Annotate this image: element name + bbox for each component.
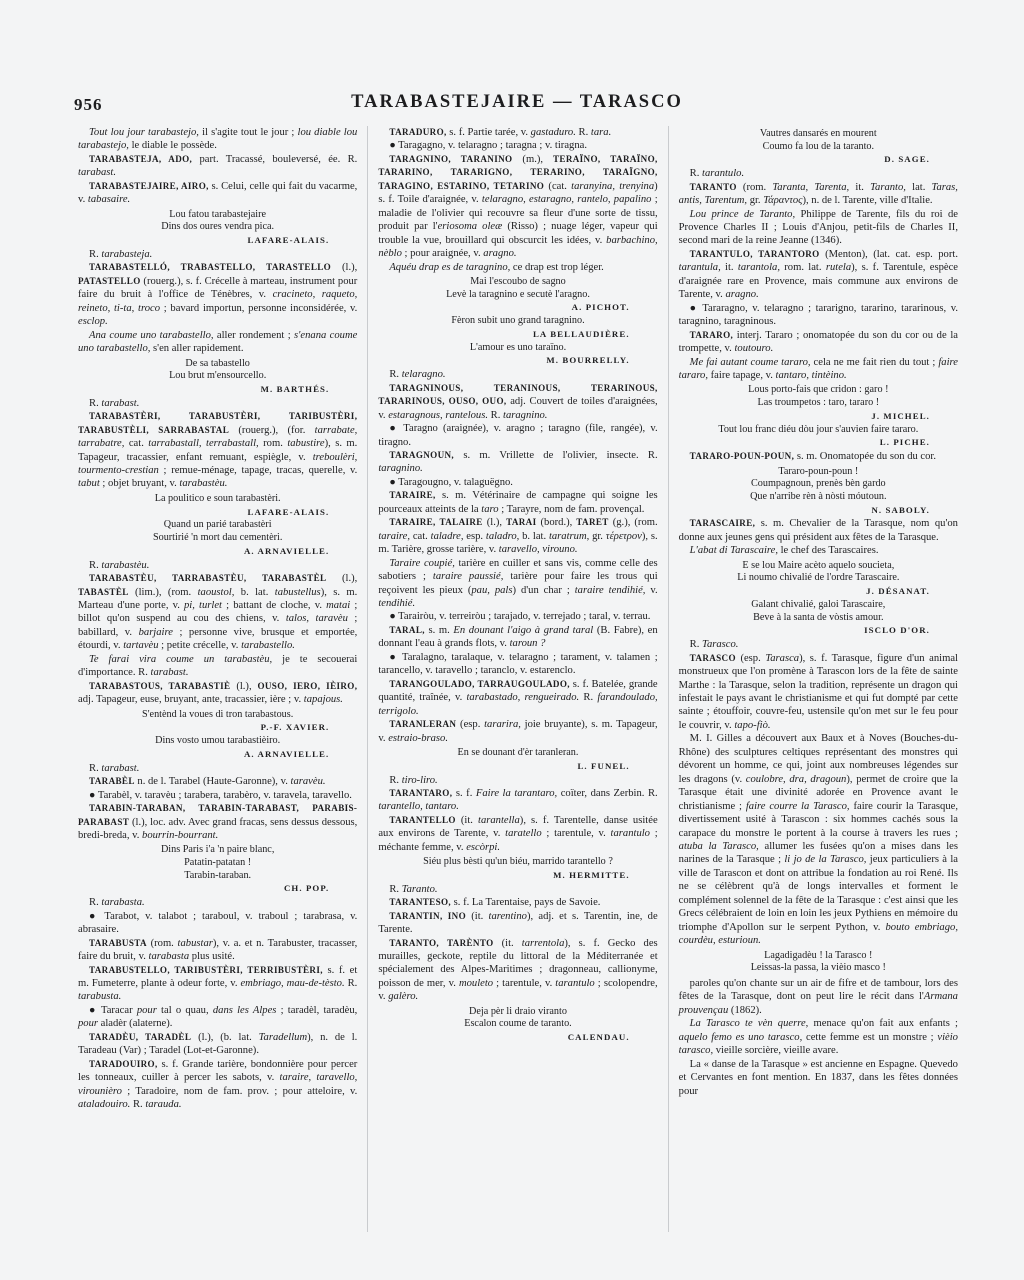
verse-attribution: LAFARE-ALAIS. [78,507,357,518]
verse-attribution: J. MICHEL. [679,411,958,422]
dictionary-paragraph: ● Taragagno, v. telaragno ; taragna ; v.… [378,139,657,152]
text-segment: Me fai autant coume tararo, [690,357,811,368]
dictionary-paragraph: Aquéu drap es de taragnino, ce drap est … [378,261,657,274]
headword: TARAIRE, [389,490,435,500]
verse-quote: De sa tabastelloLou brut m'ensourcello.M… [78,358,357,395]
text-segment: ; taradèl, taradèu, [276,1005,357,1016]
text-segment: cela ne me fait rien du tout ; [811,357,939,368]
text-segment: R. [89,897,101,908]
dictionary-paragraph: TARABASTÈU, TARRABASTÈU, TARABASTÈL (l.)… [78,572,357,653]
text-segment: ● Tarabot, v. talabot ; taraboul, v. tra… [78,911,357,935]
text-segment: tarrabastall, terrabastall, [148,438,258,449]
text-segment: (it. [494,938,522,949]
text-segment: ; tarentule, v. [493,978,555,989]
text-segment: li jo de la Tarasco, [784,854,866,865]
text-segment: il s'agite tout le jour ; [199,127,298,138]
text-segment: tabustire [287,438,324,449]
headword: TARET [576,517,608,527]
text-segment: pour [78,1018,98,1029]
text-segment: coulobre, dra, dragoun [746,774,847,785]
text-segment: tarantella [478,815,520,826]
text-segment: lat. [906,182,932,193]
verse-quote: S'entènd la voues di tron tarabastous.P.… [78,709,357,734]
headword: TARANTO [690,182,737,192]
verse-quote: Lous porto-fais que cridon : garo !Las t… [679,384,958,421]
text-segment: taravello, virouno. [499,544,578,555]
text-segment: tabasaire. [88,194,130,205]
text-segment: tarauda. [145,1099,181,1110]
text-segment: ● Tararagno, v. telaragno ; tararigno, t… [679,303,958,327]
verse-attribution: LA BELLAUDIÈRE. [378,329,657,340]
text-segment: La « danse de la Tarasque » est ancienne… [679,1059,958,1097]
verse-quote: Galant chivalié, galoi Tarascaire,Beve à… [679,599,958,636]
text-segment: ● Taragagno, v. telaragno ; taragna ; v.… [389,140,587,151]
verse-attribution: M. BOURRELLY. [378,355,657,366]
verse-line: Quand un parié tarabastèri [78,519,357,532]
text-segment: ; pour araignée, v. [402,248,483,259]
verse-line: Que n'arribe rèn à nòsti móutoun. [679,491,958,504]
text-segment: cat. [410,531,431,542]
verse-line: Las troumpetos : taro, tararo ! [679,397,958,410]
verse-attribution: L. PICHE. [679,437,958,448]
verse-line: Tarabin-taraban. [78,870,357,883]
text-segment: taragnino. [378,463,422,474]
headword: TARANTULO, TARANTORO [690,249,820,259]
headword: TARADÈU, TARADÈL [89,1032,191,1042]
text-segment: ; tarentule, v. [542,828,611,839]
verse-quote: Dins vosto umou tarabastièiro.A. ARNAVIE… [78,735,357,760]
text-segment: s'en aller rapidement. [150,343,243,354]
text-segment: aller rondement ; [214,330,295,341]
text-segment: (esp. [736,653,765,664]
verse-quote: L'amour es uno taraïno.M. BOURRELLY. [378,342,657,367]
text-segment: s. f. Partie tarée, v. [447,127,531,138]
text-segment: R. [389,775,401,786]
text-segment: tarabusta. [78,991,121,1002]
text-segment: (rom. [147,938,178,949]
headword: TARANTO, TARÈNTO [389,938,493,948]
text-segment: telaragno. [402,369,446,380]
headword: TARANTARO, [389,788,452,798]
text-segment: ; petite crécelle, v. [159,640,242,651]
verse-line: Li noumo chivalié de l'ordre Tarascaire. [679,572,958,585]
text-segment: Tarasco. [702,639,738,650]
text-segment: Te farai vira coume un tarabastèu, [89,654,272,665]
dictionary-paragraph: TARANLERAN (esp. tararira, joie bruyante… [378,718,657,745]
text-segment: tal o quau, [157,1005,213,1016]
verse-line: Patatin-patatan ! [78,857,357,870]
text-segment: ● Taragougno, v. talaguëgno. [389,477,513,488]
text-segment: estaragnous, rantelous. [388,410,488,421]
text-segment: bourrin-bourrant. [142,830,218,841]
dictionary-paragraph: TARABUSTA (rom. tabustar), v. a. et n. T… [78,937,357,964]
verse-line: Dins dos oures vendra pica. [78,221,357,234]
text-segment: tarabasta. [101,897,144,908]
verse-attribution: L. FUNEL. [378,761,657,772]
verse-quote: Tout lou franc diéu dòu jour s'auvien fa… [679,424,958,449]
verse-quote: Fèron subit uno grand taragnino.LA BELLA… [378,315,657,340]
text-segment: (l.), [331,262,357,273]
text-segment: ; objet bruyant, v. [100,478,180,489]
text-segment: aquelo femo es uno tarasco, [679,1032,803,1043]
text-segment: taraire, [378,531,410,542]
headword: TARANTIN, INO [389,911,466,921]
verse-line: Lagadigadèu ! la Tarasco ! [679,950,958,963]
text-segment: L'abat di Tarascaire, [690,545,778,556]
verse-line: Fèron subit uno grand taragnino. [378,315,657,328]
text-segment: (Menton), (lat. cat. esp. port. [820,249,958,260]
text-segment: (l.), (b. lat. [191,1032,258,1043]
text-segment: R. [130,1099,145,1110]
text-segment: tiro-liro. [402,775,438,786]
text-segment: taragnino. [503,410,547,421]
text-segment: La Tarasco te vèn querre, [690,1018,809,1029]
running-head: 956 TARABASTEJAIRE — TARASCO [70,92,964,118]
text-segment: Taradellum [259,1032,307,1043]
headword: TARARO, [690,330,733,340]
verse-attribution: CALENDAU. [378,1032,657,1043]
column-2: TARADURO, s. f. Partie tarée, v. gastadu… [367,126,667,1232]
dictionary-paragraph: TARADURO, s. f. Partie tarée, v. gastadu… [378,126,657,139]
dictionary-paragraph: TARABASTEJA, ADO, part. Tracassé, boulev… [78,153,357,180]
verse-quote: La poulitico e soun tarabastèri.LAFARE-A… [78,493,357,518]
text-segment: pi, turlet [184,600,222,611]
dictionary-paragraph: TARABASTÈRI, TARABUSTÈRI, TARIBUSTÈRI, T… [78,410,357,491]
headword: PATASTELLO [78,276,141,286]
text-segment: taladro, [486,531,519,542]
text-segment: talos, taravèu [286,613,348,624]
verse-line: En se dounant d'èr taranleran. [378,747,657,760]
text-segment: (g.), (rom. [609,517,658,528]
text-segment: galèro. [388,991,418,1002]
verse-attribution: D. SAGE. [679,154,958,165]
text-segment: pour [137,1005,157,1016]
verse-attribution: A. ARNAVIELLE. [78,546,357,557]
verse-line: Sourtirié 'n mort dau cementèri. [78,532,357,545]
dictionary-paragraph: TARADÈU, TARADÈL (l.), (b. lat. Taradell… [78,1031,357,1058]
dictionary-paragraph: ● Taralagno, taralaque, v. telaragno ; t… [378,651,657,678]
dictionary-paragraph: R. tarabasta. [78,896,357,909]
text-segment: taraire paussié, [433,571,503,582]
text-segment: R. [89,763,101,774]
verse-attribution: P.-F. XAVIER. [78,722,357,733]
page-number: 956 [74,95,103,115]
text-segment: (esp. [456,719,484,730]
text-segment: toutouro. [734,343,773,354]
verse-line: Galant chivalié, galoi Tarascaire, [679,599,958,612]
text-segment: gr. [589,531,606,542]
text-segment: R. [89,398,101,409]
text-segment: Taranto. [402,884,438,895]
text-segment: v. [645,585,657,596]
verse-line: Coumpagnoun, prenès bèn gardo [679,478,958,491]
text-segment: tarantulo. [702,168,744,179]
text-segment: taranyina, trenyina [571,181,654,192]
headword: TARABUSTA [89,938,147,948]
text-segment: tarabast. [101,763,139,774]
verse-line: S'entènd la voues di tron tarabastous. [78,709,357,722]
text-segment: tarabastèu. [101,560,149,571]
verse-line: Coumo fa lou de la taranto. [679,141,958,154]
verse-line: Tout lou franc diéu dòu jour s'auvien fa… [679,424,958,437]
dictionary-paragraph: Tout lou jour tarabastejo, il s'agite to… [78,126,357,153]
text-segment: plus usité. [189,951,235,962]
headword: TABASTÈL [78,587,129,597]
verse-quote: Quand un parié tarabastèriSourtirié 'n m… [78,519,357,556]
text-segment: ; Taradoire, nom de fam. prov. ; pour at… [122,1086,357,1097]
verse-quote: Siéu plus bèsti qu'un biéu, marrido tara… [378,856,657,881]
text-segment: le diable le possède. [129,140,217,151]
text-segment: tarantula, [679,262,721,273]
headword: TARANTESO, [389,897,451,907]
verse-line: Lou fatou tarabastejaire [78,209,357,222]
text-segment: s. f. [452,788,476,799]
text-segment: Taranta, Tarenta, [772,182,849,193]
headword: TARASCO [690,653,736,663]
dictionary-paragraph: TARANTELLO (it. tarantella), s. f. Taren… [378,814,657,854]
dictionary-paragraph: TARABASTELLÓ, TRABASTELLO, TARASTELLO (l… [78,261,357,328]
text-segment: taratrum, [549,531,589,542]
dictionary-paragraph: ● Taragougno, v. talaguëgno. [378,476,657,489]
headword: TARANGOULADO, TARRAUGOULADO, [389,679,570,689]
headword: TARABASTEJA, ADO, [89,154,192,164]
text-segment: (l.), [326,573,357,584]
text-segment: b. lat. [234,587,274,598]
text-segment: rutela [826,262,851,273]
text-segment: (1862). [728,1005,762,1016]
text-segment: faire courre la Tarasco, [746,801,850,812]
dictionary-paragraph: TARABASTEJAIRE, AIRO, s. Celui, celle qu… [78,180,357,207]
dictionary-paragraph: R. tarabast. [78,762,357,775]
text-segment: ● Taragno (araignée), v. aragno ; taragn… [378,423,657,447]
text-segment: Lou prince de Taranto, [690,209,795,220]
verse-line: Tararo-poun-poun ! [679,466,958,479]
text-segment: rom. lat. [780,262,826,273]
dictionary-paragraph: TARANTO, TARÈNTO (it. tarrentola), s. f.… [378,937,657,1004]
text-segment: tarantola, [738,262,780,273]
headword: TARAI [506,517,536,527]
text-segment: tarabasteja. [101,249,152,260]
verse-attribution: M. BARTHÉS. [78,384,357,395]
text-segment: (m.), [512,154,553,165]
text-segment: tarantulo [555,978,594,989]
text-segment: Faire la tarantaro, [476,788,557,799]
text-segment: ; Tarayre, nom de fam. provençal. [499,504,645,515]
text-segment: Tout lou jour tarabastejo, [89,127,199,138]
verse-quote: Lagadigadèu ! la Tarasco !Leissas-la pas… [679,950,958,975]
text-segment: cette femme est un monstre ; [802,1032,937,1043]
dictionary-paragraph: R. Taranto. [378,883,657,896]
dictionary-paragraph: TARABASTOUS, TARABASTIÈ (l.), OUSO, IERO… [78,680,357,707]
verse-line: La poulitico e soun tarabastèri. [78,493,357,506]
verse-line: Siéu plus bèsti qu'un biéu, marrido tara… [378,856,657,869]
text-segment: tarrentola [522,938,565,949]
dictionary-paragraph: R. tarabasteja. [78,248,357,261]
verse-line: Lous porto-fais que cridon : garo ! [679,384,958,397]
dictionary-paragraph: TARABIN-TARABAN, TARABIN-TARABAST, PARAB… [78,802,357,842]
text-segment: tapo-fiò. [734,720,770,731]
verse-attribution: ISCLO D'OR. [679,625,958,636]
text-segment: gastaduro. [531,127,576,138]
verse-quote: Vautres dansarés en mourentCoumo fa lou … [679,128,958,165]
text-segment: tantaro, tintèino. [776,370,847,381]
text-segment: taraire tendihié, [575,585,646,596]
dictionary-paragraph: M. I. Gilles a découvert aux Baux et à N… [679,732,958,947]
dictionary-paragraph: ● Tarabot, v. talabot ; taraboul, v. tra… [78,910,357,937]
text-segment: ) d'un char ; [513,585,575,596]
dictionary-paragraph: TARASCO (esp. Tarasca), s. f. Tarasque, … [679,652,958,733]
text-segment: barjaire [139,627,173,638]
text-segment: aragno. [483,248,516,259]
text-segment: ataladouiro. [78,1099,130,1110]
text-segment: n. de l. Tarabel (Haute-Garonne), v. [135,776,291,787]
verse-line: Vautres dansarés en mourent [679,128,958,141]
verse-line: Leissas-la passa, la vièio masco ! [679,962,958,975]
text-segment: ● Taracar [89,1005,137,1016]
text-segment: tabut [78,478,100,489]
text-segment: (l.), [483,517,506,528]
text-segment: part. Tracassé, bouleversé, ée. R. [192,154,357,165]
text-segment: Tarasca [765,653,799,664]
text-segment: aragno. [725,289,758,300]
text-segment: Aquéu drap es de taragnino, [389,262,510,273]
dictionary-paragraph: TARAGNINOUS, TERANINOUS, TERARINOUS, TAR… [378,382,657,422]
verse-quote: E se lou Maire acèto aquelo soucieta,Li … [679,560,958,597]
text-segment: esp. [463,531,485,542]
text-segment: R. [345,978,358,989]
text-segment: taravèu. [291,776,326,787]
dictionary-paragraph: Lou prince de Taranto, Philippe de Taren… [679,208,958,248]
text-segment: En dounant l'aigo à grand taral [453,625,593,636]
text-segment: (l.), [230,681,257,692]
text-segment: le chef des Tarascaires. [778,545,879,556]
document-page: 956 TARABASTEJAIRE — TARASCO Tout lou jo… [0,0,1024,1280]
headword: TARAGNOUN, [389,450,454,460]
text-segment: paroles qu'on chante sur un air de fifre… [679,978,958,1002]
text-segment: R. [579,692,597,703]
text-segment: menace qu'on fait aux enfants ; [808,1018,958,1029]
verse-quote: Dins Paris i'a 'n paire blanc,Patatin-pa… [78,844,357,894]
text-segment: tarabastado, rengueirado. [466,692,579,703]
headword: TARAGNINO, TARANINO [389,154,512,164]
verse-quote: Deja pèr li draio virantoEscalon coume d… [378,1006,657,1043]
text-segment: tarabastello. [241,640,295,651]
dictionary-paragraph: L'abat di Tarascaire, le chef des Tarasc… [679,544,958,557]
dictionary-paragraph: R. Tarasco. [679,638,958,651]
dictionary-paragraph: La Tarasco te vèn querre, menace qu'on f… [679,1017,958,1057]
text-segment: s. m. Onomatopée du son du cor. [794,451,936,462]
headword: TARABASTOUS, TARABASTIÈ [89,681,230,691]
text-segment: ● Tarairòu, v. terreiròu ; tarajado, v. … [389,611,650,622]
headword: TARANLERAN [389,719,456,729]
dictionary-paragraph: R. tarantulo. [679,167,958,180]
column-3: Vautres dansarés en mourentCoumo fa lou … [668,126,968,1232]
text-segment: matai [326,600,350,611]
text-segment: s. m. [425,625,454,636]
dictionary-paragraph: Ana coume uno tarabastello, aller rondem… [78,329,357,356]
text-segment: ; bavard importun, personne inconsidérée… [160,303,357,314]
headword: TARANTELLO [389,815,456,825]
text-segment: (rom. [737,182,773,193]
dictionary-paragraph: TARADOUIRO, s. f. Grande tarière, bondon… [78,1058,357,1112]
headword: TARASCAIRE, [690,518,756,528]
text-segment: (it. [466,911,489,922]
verse-line: Levè la taragnino e secutè l'aragno. [378,289,657,302]
text-segment: R. [389,369,401,380]
text-segment: mouleto [459,978,493,989]
text-segment: taro [481,504,498,515]
text-segment: faire tapage, v. [708,370,776,381]
text-segment: estraio-braso. [388,733,448,744]
text-segment: tarabast. [78,167,116,178]
verse-attribution: CH. POP. [78,883,357,894]
dictionary-paragraph: TARARO, interj. Tararo ; onomatopée du s… [679,329,958,356]
text-segment: embriago, mau-de-tèsto. [240,978,344,989]
text-segment: vieille sorcière, vieille avare. [713,1045,838,1056]
headword: TARABASTELLÓ, TRABASTELLO, TARASTELLO [89,262,331,272]
dictionary-paragraph: TARABÈL n. de l. Tarabel (Haute-Garonne)… [78,775,357,788]
text-segment: ), n. de l. Tarente, ville d'Italie. [802,195,932,206]
verse-quote: Tararo-poun-poun !Coumpagnoun, prenès bè… [679,466,958,516]
text-segment: R. [389,884,401,895]
verse-line: Mai l'escoubo de sagno [378,276,657,289]
dictionary-paragraph: paroles qu'on chante sur un air de fifre… [679,977,958,1017]
verse-attribution: A. PICHOT. [378,302,657,313]
text-segment: telaragno, estaragno, rantelo, papalino [482,194,652,205]
headword: TARABASTÈU, TARRABASTÈU, TARABASTÈL [89,573,326,583]
text-segment: ce drap est trop léger. [510,262,604,273]
text-segment: atuba la Tarasco, [679,841,759,852]
columns: Tout lou jour tarabastejo, il s'agite to… [68,126,968,1232]
text-segment: tarabast. [101,398,139,409]
text-segment: taladre, [431,531,464,542]
verse-attribution: LAFARE-ALAIS. [78,235,357,246]
dictionary-paragraph: ● Tararagno, v. telaragno ; tararigno, t… [679,302,958,329]
text-segment: it. [721,262,738,273]
text-segment: tara. [591,127,611,138]
dictionary-paragraph: Taraire coupié, tarière en cuiller et sa… [378,557,657,611]
dictionary-paragraph: R. tarabastèu. [78,559,357,572]
text-segment: it. [849,182,870,193]
headword: TARABUSTELLO, TARIBUSTÈRI, TERRIBUSTÈRI, [89,965,323,975]
verse-attribution: J. DÉSANAT. [679,586,958,597]
text-segment: R. [690,639,702,650]
text-segment: (it. [456,815,478,826]
text-segment: taratello [505,828,542,839]
headword: TARAL, [389,625,425,635]
verse-line: Deja pèr li draio viranto [378,1006,657,1019]
verse-line: Dins vosto umou tarabastièiro. [78,735,357,748]
text-segment: Τάραντος [763,195,802,206]
text-segment: esclop. [78,316,108,327]
text-segment: tarabast. [151,667,189,678]
text-segment: tartavèu [123,640,158,651]
text-segment: b. lat. [519,531,549,542]
text-segment: Taraire coupié, [389,558,455,569]
headword: TARADOUIRO, [89,1059,158,1069]
headword: OUSO, IERO, IÈIRO, [257,681,357,691]
verse-line: Beve à la santa de vòstis amour. [679,612,958,625]
headword: TARADURO, [389,127,446,137]
text-segment: taroun ? [510,638,546,649]
verse-line: L'amour es uno taraïno. [378,342,657,355]
text-segment: (cat. [544,181,571,192]
text-segment: τέρετρον [606,531,642,542]
text-segment: taoustol, [198,587,235,598]
dictionary-paragraph: TARASCAIRE, s. m. Chevalier de la Tarasq… [679,517,958,544]
text-segment: s. m. Vrillette de l'olivier, insecte. R… [454,450,658,461]
dictionary-paragraph: TARAIRE, TALAIRE (l.), TARAI (bord.), TA… [378,516,657,556]
